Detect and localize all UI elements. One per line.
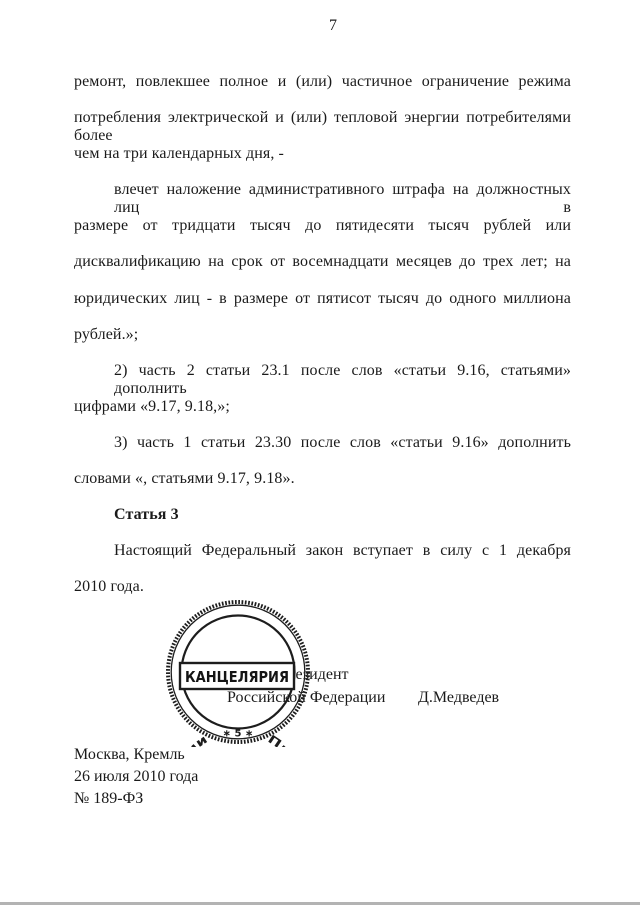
stamp-center-text: КАНЦЕЛЯРИЯ [185,668,289,686]
body-line: юридических лиц - в размере от пятисот т… [74,290,571,326]
chancellery-stamp-icon: Президент Российской Федерации ∗ 5 ∗ КАН… [163,597,313,747]
body-line: цифрами «9.17, 9.18,»; [74,398,571,434]
footer-number: № 189-ФЗ [74,788,198,810]
body-line: рублей.»; [74,326,571,362]
body-line: размере от тридцати тысяч до пятидесяти … [74,217,571,253]
document-page: 7 ремонт, повлекшее полное и (или) части… [0,0,640,905]
body-line: Настоящий Федеральный закон вступает в с… [74,542,571,578]
body-line: 2010 года. [74,578,571,614]
page-number: 7 [318,17,348,35]
body-line: 2) часть 2 статьи 23.1 после слов «стать… [74,362,571,398]
body-line: 3) часть 1 статьи 23.30 после слов «стат… [74,434,571,470]
body-line: словами «, статьями 9.17, 9.18». [74,470,571,506]
body-line: дисквалификацию на срок от восемнадцати … [74,253,571,289]
footer-place: Москва, Кремль [74,744,198,766]
body-line: чем на три календарных дня, - [74,145,571,181]
footer-date: 26 июля 2010 года [74,766,198,788]
body-line: влечет наложение административного штраф… [74,181,571,217]
document-body: ремонт, повлекшее полное и (или) частичн… [74,73,571,614]
signature-name: Д.Медведев [418,689,499,707]
body-line: потребления электрической и (или) теплов… [74,109,571,145]
stamp-bottom-text: ∗ 5 ∗ [223,729,254,740]
body-line: ремонт, повлекшее полное и (или) частичн… [74,73,571,109]
footer-block: Москва, Кремль 26 июля 2010 года № 189-Ф… [74,744,198,809]
article-heading: Статья 3 [74,506,571,542]
